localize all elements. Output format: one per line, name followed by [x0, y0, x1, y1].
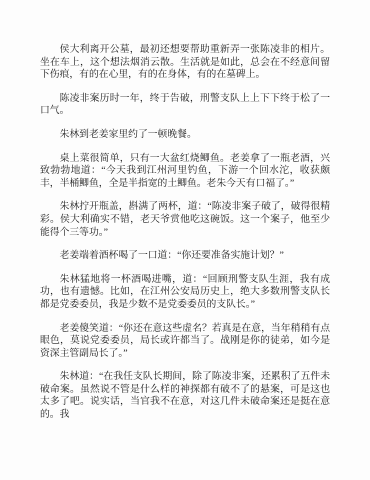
paragraph: 朱林到老姜家里约了一顿晚餐。	[40, 129, 330, 142]
paragraph: 朱林拧开瓶盖，斟满了两杯，道：“陈凌非案子破了，破得很精彩。侯大利确实不错，老天…	[40, 201, 330, 239]
paragraph: 陈凌非案历时一年，终于告破，刑警支队上上下下终于松了一口气。	[40, 93, 330, 118]
paragraph: 桌上菜很简单，只有一大盆红烧鲫鱼。老姜拿了一瓶老酒，兴致勃勃地道：“今天我到江州…	[40, 153, 330, 191]
paragraph: 老姜傻笑道：“你还在意这些虚名？若真是在意，当年稍稍有点眼色，莫说党委委员，局长…	[40, 323, 330, 361]
paragraph: 朱林猛地将一杯酒喝进嘴，道：“回顾刑警支队生涯，我有成功，也有遗憾。比如，在江州…	[40, 274, 330, 312]
paragraph: 老姜端着酒杯喝了一口道：“你还要准备实施计划？”	[40, 250, 330, 263]
book-page: 侯大利离开公墓，最初还想要帮助重新弄一张陈凌非的相片。坐在车上，这个想法烟消云散…	[0, 0, 370, 480]
paragraph: 侯大利离开公墓，最初还想要帮助重新弄一张陈凌非的相片。坐在车上，这个想法烟消云散…	[40, 44, 330, 82]
paragraph: 朱林道：“在我任支队长期间，除了陈凌非案，还累积了五件未破命案。虽然说不管是什么…	[40, 371, 330, 421]
